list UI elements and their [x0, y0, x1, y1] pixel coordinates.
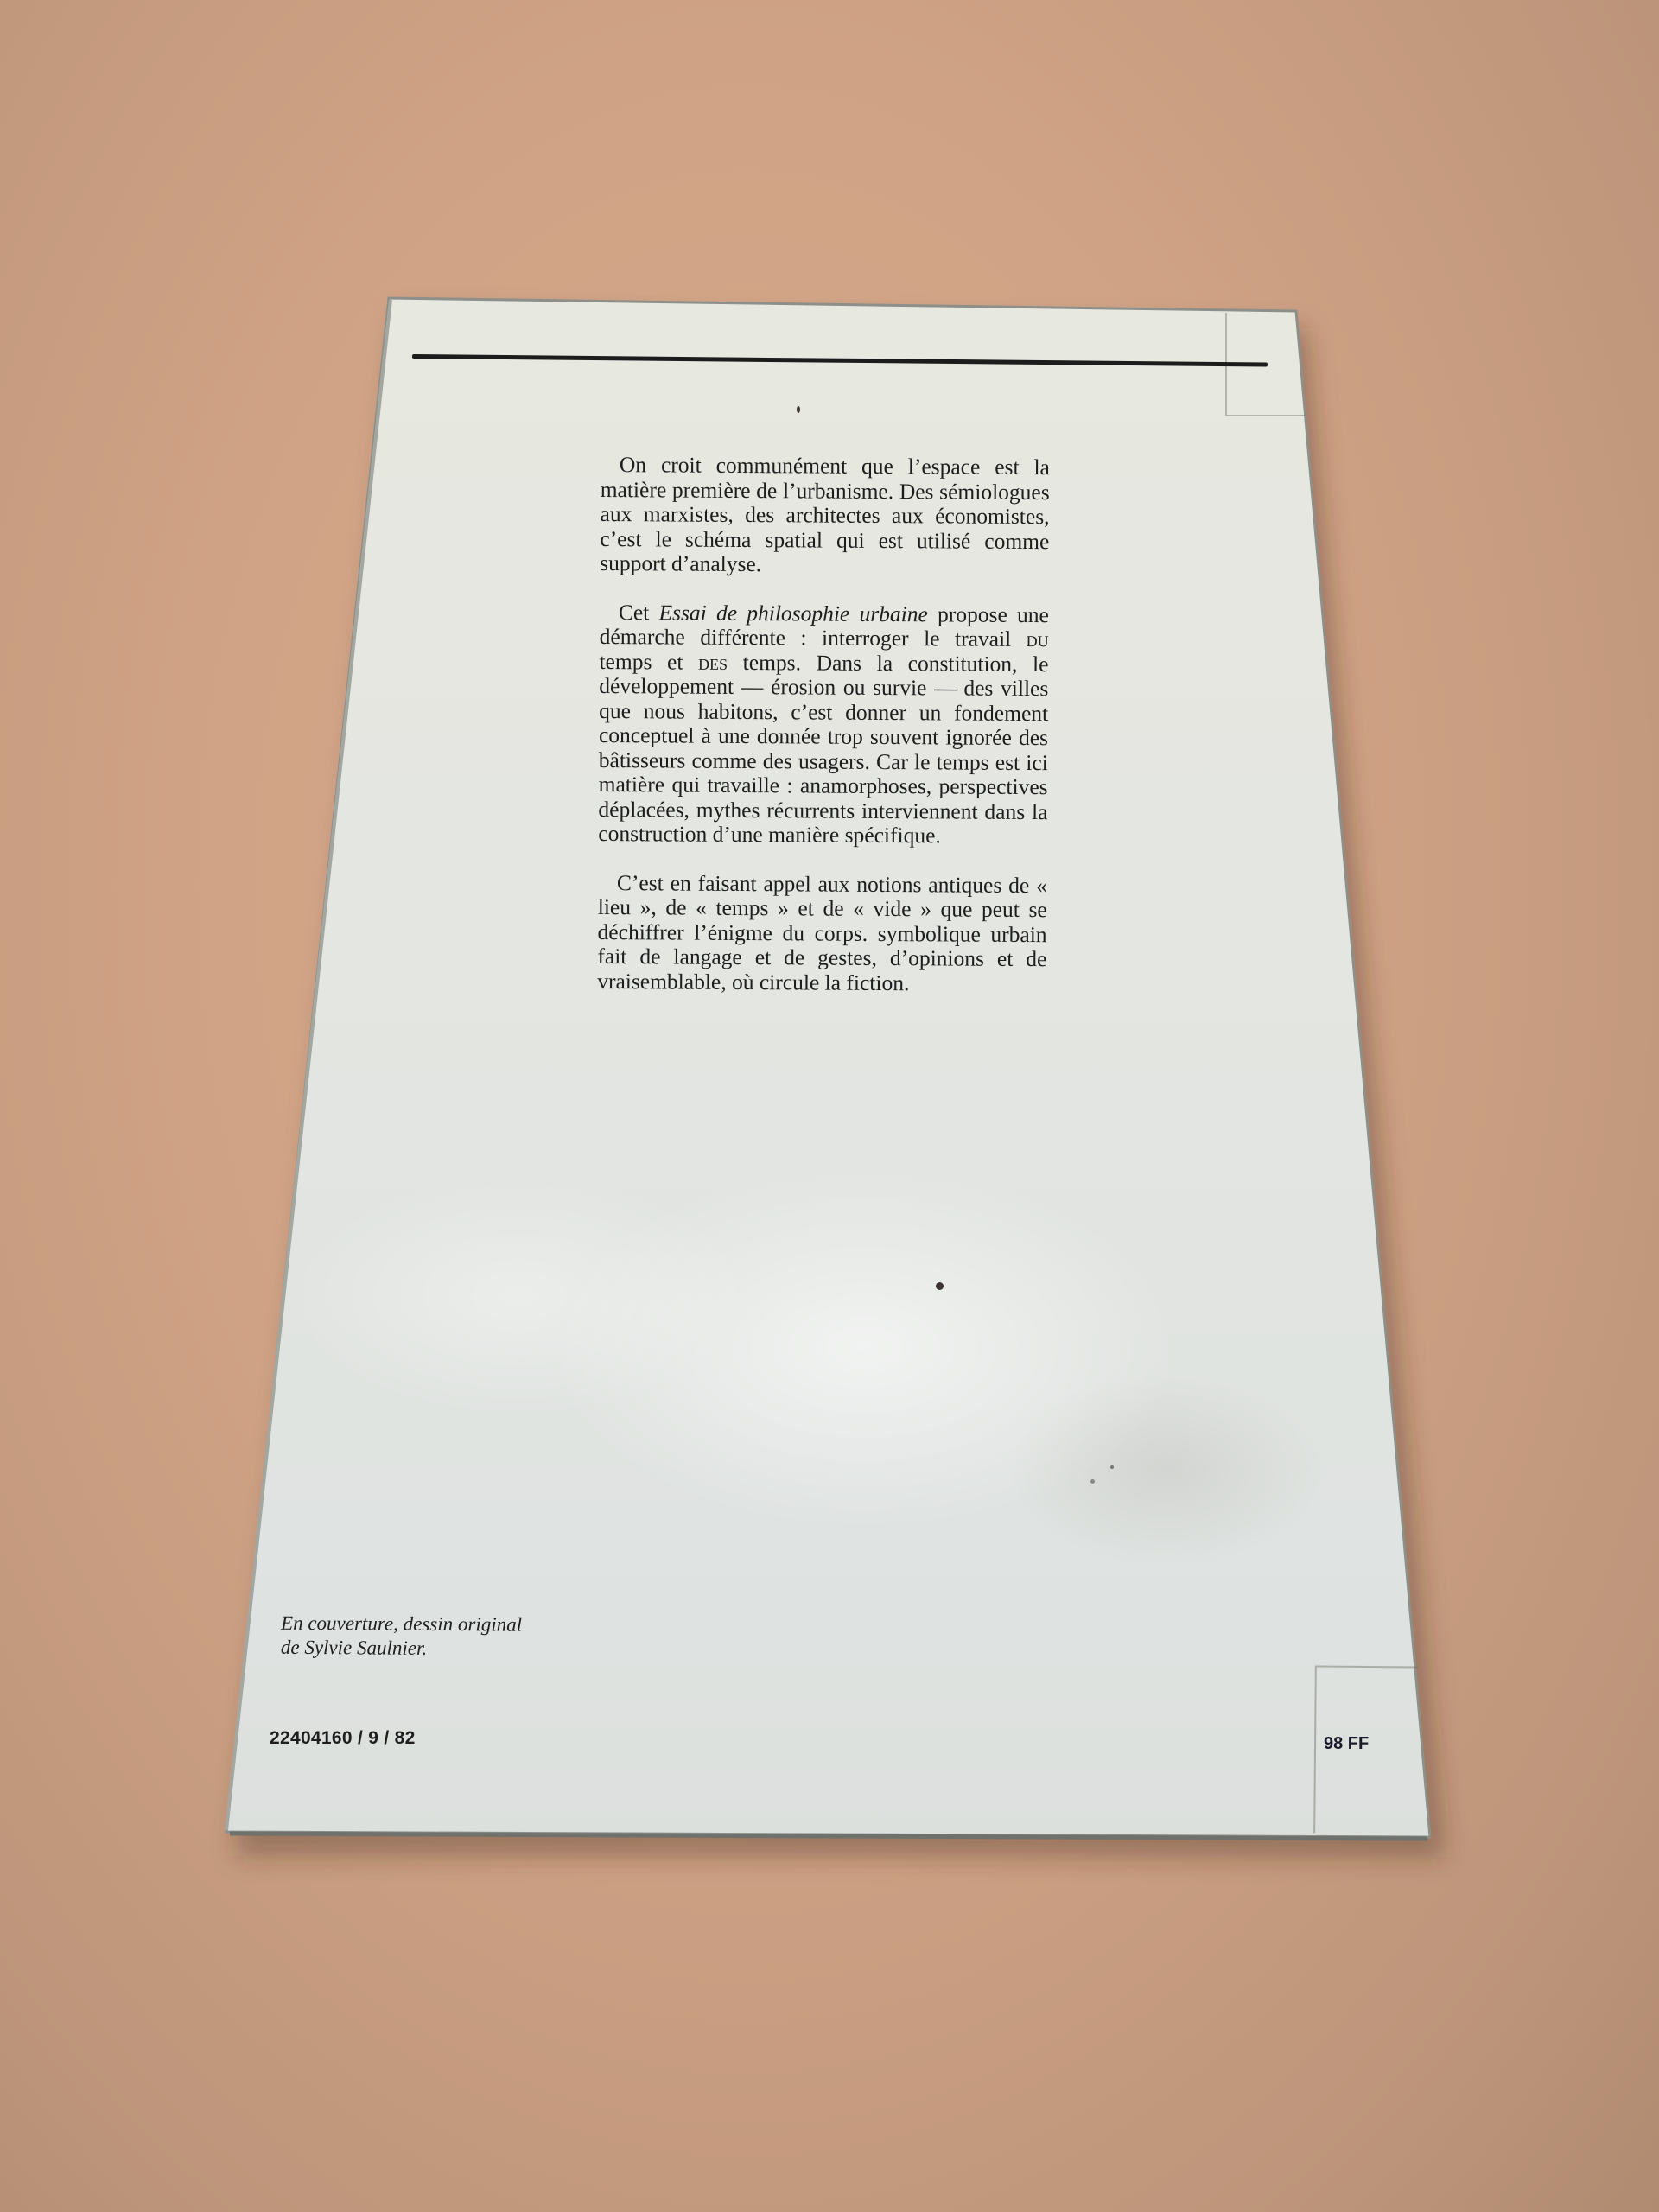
book-title: Essai de philosophie urbaine — [658, 600, 928, 626]
cover-speck — [1110, 1465, 1114, 1469]
catalog-number: 22404160 / 9 / 82 — [270, 1728, 416, 1749]
blurb-text: temps. Dans la constitution, le développ… — [598, 649, 1048, 848]
book-back-cover — [0, 0, 1659, 2212]
blurb-text: Cet — [619, 600, 659, 625]
blurb-paragraph-1: On croit communément que l’espace est la… — [600, 453, 1050, 579]
blurb-paragraph-2: Cet Essai de philosophie urbaine propose… — [598, 600, 1049, 849]
small-caps-des: des — [698, 649, 728, 674]
cover-speck — [936, 1282, 944, 1290]
price-label: 98 FF — [1324, 1734, 1369, 1754]
cover-speck — [1090, 1479, 1095, 1484]
blurb-paragraph-3: C’est en faisant appel aux notions an­ti… — [597, 870, 1047, 996]
cover-speck — [797, 406, 800, 413]
cover-credit: En couverture, dessin original de Sylvie… — [281, 1611, 592, 1662]
blurb-text: temps et — [599, 648, 698, 674]
back-cover-blurb: On croit communément que l’espace est la… — [597, 453, 1050, 1020]
cover-credit-line-1: En couverture, dessin original — [281, 1611, 592, 1638]
small-caps-du: du — [1027, 626, 1049, 652]
cover-credit-line-2: de Sylvie Saulnier. — [281, 1636, 592, 1662]
